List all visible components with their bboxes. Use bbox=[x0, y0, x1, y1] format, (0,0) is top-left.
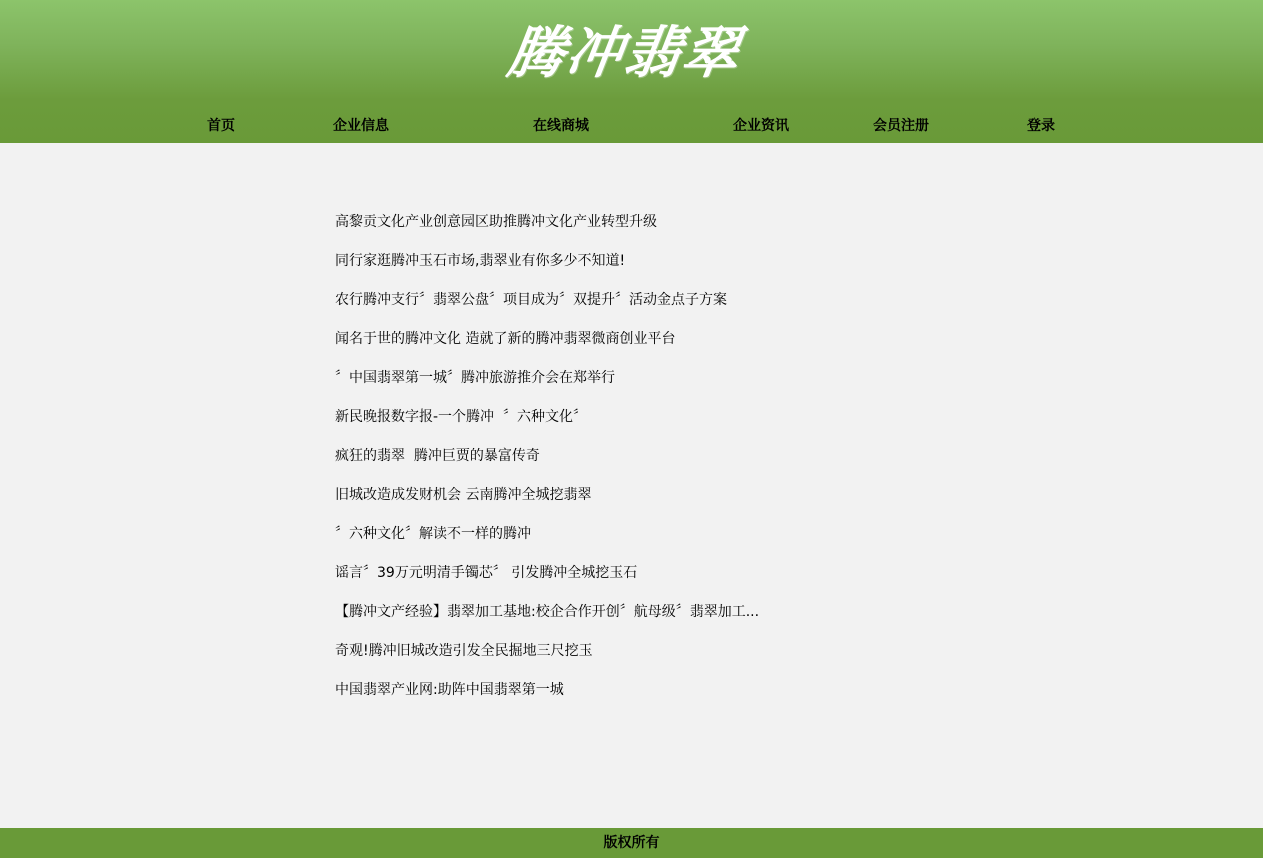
nav-item-register[interactable]: 会员注册 bbox=[873, 112, 929, 140]
news-link[interactable]: 同行家逛腾冲玉石市场,翡翠业有你多少不知道! bbox=[335, 253, 625, 269]
news-item[interactable]: 〞六种文化〞解读不一样的腾冲 bbox=[335, 515, 759, 554]
news-item[interactable]: 奇观!腾冲旧城改造引发全民掘地三尺挖玉 bbox=[335, 632, 759, 671]
main-nav: 首页 企业信息 在线商城 企业资讯 会员注册 登录 bbox=[0, 112, 1263, 140]
news-item[interactable]: 新民晚报数字报-一个腾冲 〞六种文化〞 bbox=[335, 398, 759, 437]
news-item[interactable]: 〞中国翡翠第一城〞腾冲旅游推介会在郑举行 bbox=[335, 359, 759, 398]
news-item[interactable]: 疯狂的翡翠 腾冲巨贾的暴富传奇 bbox=[335, 437, 759, 476]
news-item[interactable]: 【腾冲文产经验】翡翠加工基地:校企合作开创〞航母级〞翡翠加工... bbox=[335, 593, 759, 632]
site-footer: 版权所有 bbox=[0, 828, 1263, 858]
site-logo[interactable]: 腾冲翡翠 bbox=[495, 14, 755, 84]
news-link[interactable]: 旧城改造成发财机会 云南腾冲全城挖翡翠 bbox=[335, 487, 591, 503]
news-link[interactable]: 〞六种文化〞解读不一样的腾冲 bbox=[335, 526, 531, 542]
nav-item-online-store[interactable]: 在线商城 bbox=[533, 112, 589, 140]
news-link[interactable]: 高黎贡文化产业创意园区助推腾冲文化产业转型升级 bbox=[335, 214, 657, 230]
news-item[interactable]: 中国翡翠产业网:助阵中国翡翠第一城 bbox=[335, 671, 759, 710]
news-link[interactable]: 农行腾冲支行〞翡翠公盘〞项目成为〞双提升〞活动金点子方案 bbox=[335, 292, 727, 308]
site-header: 腾冲翡翠 首页 企业信息 在线商城 企业资讯 会员注册 登录 bbox=[0, 0, 1263, 143]
news-link[interactable]: 【腾冲文产经验】翡翠加工基地:校企合作开创〞航母级〞翡翠加工... bbox=[335, 604, 759, 620]
news-link[interactable]: 谣言〞39万元明清手镯芯〞 引发腾冲全城挖玉石 bbox=[335, 565, 637, 581]
news-item[interactable]: 谣言〞39万元明清手镯芯〞 引发腾冲全城挖玉石 bbox=[335, 554, 759, 593]
news-item[interactable]: 同行家逛腾冲玉石市场,翡翠业有你多少不知道! bbox=[335, 242, 759, 281]
copyright-text: 版权所有 bbox=[604, 835, 660, 851]
news-link[interactable]: 奇观!腾冲旧城改造引发全民掘地三尺挖玉 bbox=[335, 643, 593, 659]
news-link[interactable]: 疯狂的翡翠 腾冲巨贾的暴富传奇 bbox=[335, 448, 540, 464]
nav-item-login[interactable]: 登录 bbox=[1027, 112, 1055, 140]
news-link[interactable]: 中国翡翠产业网:助阵中国翡翠第一城 bbox=[335, 682, 564, 698]
news-link[interactable]: 〞中国翡翠第一城〞腾冲旅游推介会在郑举行 bbox=[335, 370, 615, 386]
news-link[interactable]: 闻名于世的腾冲文化 造就了新的腾冲翡翠微商创业平台 bbox=[335, 331, 675, 347]
news-link[interactable]: 新民晚报数字报-一个腾冲 〞六种文化〞 bbox=[335, 409, 587, 425]
nav-item-company-news[interactable]: 企业资讯 bbox=[733, 112, 789, 140]
news-item[interactable]: 农行腾冲支行〞翡翠公盘〞项目成为〞双提升〞活动金点子方案 bbox=[335, 281, 759, 320]
news-item[interactable]: 高黎贡文化产业创意园区助推腾冲文化产业转型升级 bbox=[335, 203, 759, 242]
nav-item-home[interactable]: 首页 bbox=[207, 112, 235, 140]
news-item[interactable]: 闻名于世的腾冲文化 造就了新的腾冲翡翠微商创业平台 bbox=[335, 320, 759, 359]
news-item[interactable]: 旧城改造成发财机会 云南腾冲全城挖翡翠 bbox=[335, 476, 759, 515]
nav-item-company-info[interactable]: 企业信息 bbox=[333, 112, 389, 140]
news-list: 高黎贡文化产业创意园区助推腾冲文化产业转型升级 同行家逛腾冲玉石市场,翡翠业有你… bbox=[335, 203, 759, 710]
